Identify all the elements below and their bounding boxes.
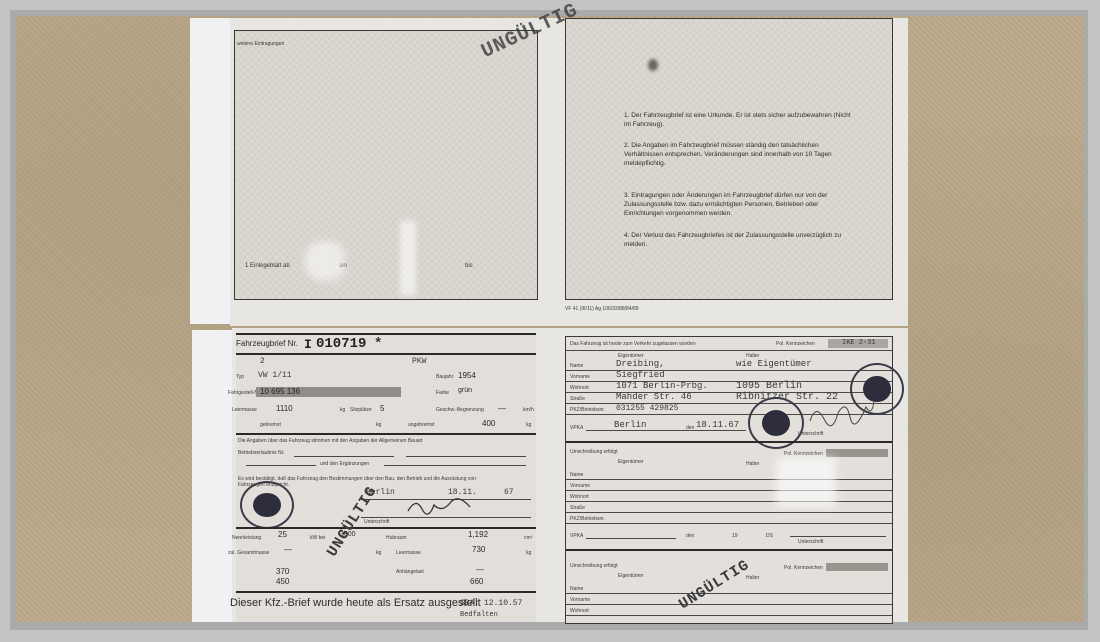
paper-damage-spot [400,221,416,296]
signature-label: Unterschrift [364,519,390,525]
fill-line [586,430,746,431]
field-row: Name [566,469,892,480]
field-label: Vorname [570,483,590,489]
field-label: Wohnort [570,494,589,500]
date-value: 18.11.67 [696,420,739,430]
field-label: Wohnort [570,385,589,391]
vpka-label: VPKA [570,425,583,431]
load-value: 730 [472,545,485,554]
transfer2-owner-label: Eigentümer [618,573,644,579]
transfer-header: Umschreibung erfolgt [570,449,618,455]
axle-front-value: 370 [276,567,289,576]
fill-line [246,465,316,466]
field-label: PKZ/Betriebsnr. [570,407,605,413]
unbraked-label: ungebremst [408,422,434,428]
panel-vehicle-data: Fahrzeugbrief Nr. I 010719 * 2 PKW Typ V… [236,333,536,622]
owner-pkz: 031255 429825 [616,404,678,413]
trailer-value: — [476,565,484,574]
holder-city: 1095 Berlin [736,381,802,392]
braked-unit: kg [376,422,381,428]
left-paper-margin-top [190,18,235,324]
replacement-note: Dieser Kfz.-Brief wurde heute als Ersatz… [230,597,481,609]
field-label: PKZ/Betriebsnr. [570,516,605,522]
speed-value: — [498,404,506,413]
weight-value: 1110 [276,404,293,413]
transfer-owner-label: Eigentümer [618,459,644,465]
field-row: Wohnort [566,491,892,502]
field-label: Name [570,363,583,369]
owner-city: 1071 Berlin-Prbg. [616,381,708,391]
fill-line [294,456,394,457]
rule [236,527,536,529]
field-label: Name [570,586,583,592]
chassis-value: 10 695 136 [260,387,300,396]
rule [236,433,536,435]
rule [566,549,892,551]
color-value: grün [458,387,472,394]
owner-street: Mahder Str. 46 [616,392,692,402]
speed-label: Geschw.-Begrenzung [436,407,484,413]
paper-damage-spot [305,241,345,281]
replacement-line2: Bedfalten [460,611,498,619]
fill-line [790,536,886,537]
fill-line [586,538,676,539]
replacement-stamp-code: SBA: 12.10.57 [460,599,522,608]
holder-name: wie Eigentümer [736,359,812,369]
fill-line [406,456,526,457]
transfer2-header: Umschreibung erfolgt [570,563,618,569]
axle-rear-value: 450 [276,577,289,586]
brief-number: 010719 [316,336,366,352]
cert-text-1: Die Angaben über das Fahrzeug stimmen mi… [238,438,423,444]
power-value: 25 [278,530,287,539]
panel-further-entries: weitere Eintragungen 1 Einlegeblatt ab a… [234,30,538,300]
year-label: Baujahr [436,374,453,380]
field-label: Wohnort [570,608,589,614]
cert-text-3: und den Ergänzungen [320,461,369,467]
field-row: Vorname [566,594,892,605]
signature [806,393,876,429]
transfer-vpka-label: VPKA [570,533,583,539]
transfer-plate-field [826,449,888,457]
model-value: VW 1/11 [258,371,292,380]
field-label: Vorname [570,597,590,603]
note-1: 1. Der Fahrzeugbrief ist eine Urkunde. E… [624,111,854,129]
rule [236,591,536,593]
paper-damage-spot [776,457,836,507]
brief-prefix: I [304,337,312,352]
print-code: VF 41 (III/11) Ag 106/33/88/84/89 [565,306,639,312]
note-2: 2. Die Angaben im Fahrzeugbrief müssen s… [624,141,854,168]
vehicle-type: PKW [412,357,426,366]
note-3: 3. Eintragungen oder Änderungen im Fahrz… [624,191,854,218]
kg-unit: kg [376,550,381,556]
field-label: Straße [570,396,585,402]
transfer-date-label: den [686,533,694,539]
ink-spot [648,59,658,71]
unbraked-value: 400 [482,419,495,428]
seats-label: Sitzplätze [350,407,372,413]
field-row: Wohnort [566,605,892,616]
rule [236,353,536,355]
fill-line [384,465,526,466]
unbraked-unit: kg [526,422,531,428]
panel-registration: Das Fahrzeug ist heute zum Verkehr zugel… [565,336,893,624]
row1-value: 2 [260,357,265,366]
trailer-label: Anhängelast [396,569,424,575]
transfer-holder-label: Halter [746,461,759,467]
official-seal [240,481,294,529]
transfer2-plate-field [826,563,888,571]
cert-text-2: Betriebserlaubnis Nr. [238,450,284,456]
transfer2-holder-label: Halter [746,575,759,581]
displacement-unit: cm³ [524,535,532,541]
color-label: Farbe [436,390,449,396]
field-row: Straße [566,502,892,513]
braked-label: gebremst [260,422,281,428]
owner-firstname: Siegfried [616,370,665,380]
registration-header: Das Fahrzeug ist heute zum Verkehr zugel… [570,341,696,347]
year-value: 1954 [458,371,476,380]
field-label: Straße [570,505,585,511]
field-row: Vorname [566,480,892,491]
max-mass-value: — [284,545,292,554]
field-label: Vorname [570,374,590,380]
rule [236,333,536,335]
left-paper-margin-bottom [192,330,237,622]
field-row: PKZ/Betriebsnr. [566,513,892,524]
power-label: Nennleistung [232,535,261,541]
plate-label: Pol. Kennzeichen [776,341,815,347]
displacement-label: Hubraum [386,535,407,541]
field-label: Name [570,472,583,478]
plate-value: IKE 2-31 [842,339,876,347]
fill-line [361,517,531,518]
weight-unit: kg [340,407,345,413]
brief-mark: * [374,336,382,352]
brief-number-label: Fahrzeugbrief Nr. [236,339,298,348]
insert-sheet-bis: bis [465,263,473,269]
rule [566,441,892,443]
owner-name: Dreibing, [616,359,665,369]
kg-unit: kg [526,550,531,556]
displacement-value: 1,192 [468,530,488,539]
power-unit: kW bei [310,535,325,541]
weight-label: Leermasse [232,407,257,413]
panel-notes: 1. Der Fahrzeugbrief ist eine Urkunde. E… [565,18,893,300]
rule [566,350,892,351]
transfer2-plate-label: Pol. Kennzeichen [784,565,823,571]
insert-sheet-label: 1 Einlegeblatt ab [245,263,290,269]
speed-unit: km/h [523,407,534,413]
transfer-ds-label: DS [766,533,773,539]
vpka-value: Berlin [614,420,646,430]
transfer-signature-label: Unterschrift [798,539,824,545]
load-label: Leermasse [396,550,421,556]
panel-heading: weitere Eintragungen [237,41,284,47]
seats-value: 5 [380,404,384,413]
note-4: 4. Der Verlust des Fahrzeugbriefes ist d… [624,231,854,249]
transfer-year-prefix: 19 [732,533,738,539]
model-label: Typ [236,374,244,380]
max-mass-label: zul. Gesamtmasse [228,550,269,556]
sign-date-year: 67 [504,488,514,497]
total-value: 660 [470,577,483,586]
